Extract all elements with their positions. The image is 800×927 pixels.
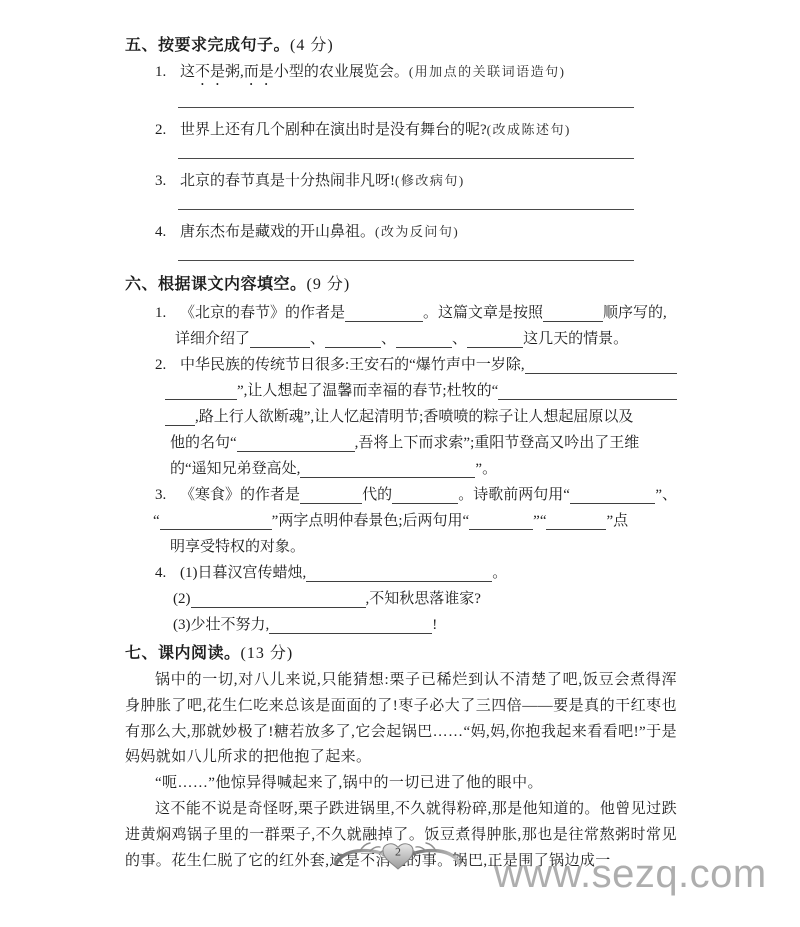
fill-in-line: 明享受特权的对象。 bbox=[125, 533, 677, 559]
question-text: 《寒食》的作者是 bbox=[180, 483, 300, 507]
question-line: 2.世界上还有几个剧种在演出时是没有舞台的呢?(改成陈述句) bbox=[125, 120, 677, 140]
fill-in-blank[interactable] bbox=[191, 589, 366, 608]
section-five: 五、按要求完成句子。(4 分) 1.这不是粥,而是小型的农业展览会。(用加点的关… bbox=[125, 34, 677, 261]
fill-in-blank[interactable] bbox=[250, 329, 310, 348]
question-text: 、 bbox=[310, 327, 325, 351]
passage-paragraph: 锅中的一切,对八儿来说,只能猜想:栗子已稀烂到认不清楚了吧,饭豆会煮得浑身肿胀了… bbox=[125, 668, 677, 771]
fill-in-blank[interactable] bbox=[165, 381, 237, 400]
question-text: 详细介绍了 bbox=[175, 327, 250, 351]
question-text: 的“遥知兄弟登高处, bbox=[170, 457, 300, 481]
question-text: 这几天的情景。 bbox=[523, 327, 628, 351]
item-number: 1. bbox=[155, 62, 180, 82]
question-text: 小型的农业展览会。 bbox=[274, 64, 409, 80]
item-number: 2. bbox=[155, 353, 180, 377]
section-six-items: 1.《北京的春节》的作者是。这篇文章是按照顺序写的,详细介绍了、、、这几天的情景… bbox=[125, 299, 677, 637]
question-text: ,不知秋思落谁家? bbox=[366, 587, 481, 611]
sentence-question: 4.唐东杰布是藏戏的开山鼻祖。(改为反问句) bbox=[125, 222, 677, 261]
section-five-items: 1.这不是粥,而是小型的农业展览会。(用加点的关联词语造句)2.世界上还有几个剧… bbox=[125, 62, 677, 261]
answer-writing-line[interactable] bbox=[178, 158, 634, 159]
watermark: www.sezq.com bbox=[494, 850, 784, 898]
page-number-ornament: 2 bbox=[330, 838, 466, 874]
fill-in-line: (2),不知秋思落谁家? bbox=[125, 585, 677, 611]
question-line: 4.唐东杰布是藏戏的开山鼻祖。(改为反问句) bbox=[125, 222, 677, 242]
fill-in-line: 详细介绍了、、、这几天的情景。 bbox=[125, 325, 677, 351]
fill-in-blank[interactable] bbox=[300, 485, 362, 504]
question-line: 1.这不是粥,而是小型的农业展览会。(用加点的关联词语造句) bbox=[125, 62, 677, 89]
fill-in-blank[interactable] bbox=[467, 329, 523, 348]
question-text: 粥, bbox=[225, 64, 244, 80]
fill-in-line: 的“遥知兄弟登高处,”。 bbox=[125, 455, 677, 481]
question-text: 北京的春节真是十分热闹非凡呀! bbox=[180, 173, 395, 189]
question-text: 他的名句“ bbox=[170, 431, 237, 455]
question-text: ,路上行人欲断魂”,让人忆起清明节;香喷喷的粽子让人想起屈原以及 bbox=[195, 405, 633, 429]
fill-in-line: (3)少壮不努力,! bbox=[125, 611, 677, 637]
question-text: ”、 bbox=[655, 483, 677, 507]
fill-in-blank[interactable] bbox=[306, 563, 492, 582]
question-text: ,吾将上下而求索”;重阳节登高又吟出了王维 bbox=[355, 431, 640, 455]
fill-in-line: 他的名句“,吾将上下而求索”;重阳节登高又吟出了王维 bbox=[125, 429, 677, 455]
sentence-question: 2.世界上还有几个剧种在演出时是没有舞台的呢?(改成陈述句) bbox=[125, 120, 677, 159]
answer-writing-line[interactable] bbox=[178, 209, 634, 210]
fill-in-line: ,路上行人欲断魂”,让人忆起清明节;香喷喷的粽子让人想起屈原以及 bbox=[125, 403, 677, 429]
question-text: 、 bbox=[381, 327, 396, 351]
question-text: (2) bbox=[173, 587, 191, 611]
page-number: 2 bbox=[395, 845, 401, 859]
question-text: ”。 bbox=[475, 457, 497, 481]
emphasized-text: 不是 bbox=[195, 64, 225, 80]
question-text: 、 bbox=[452, 327, 467, 351]
question-text: “ bbox=[153, 509, 160, 533]
fill-in-blank[interactable] bbox=[543, 303, 603, 322]
fill-in-blank[interactable] bbox=[392, 485, 458, 504]
question-text: 。 bbox=[492, 561, 507, 585]
question-text: 代的 bbox=[362, 483, 392, 507]
item-number: 4. bbox=[155, 561, 180, 585]
fill-in-blank[interactable] bbox=[469, 511, 533, 530]
answer-writing-line[interactable] bbox=[178, 260, 634, 261]
fill-in-blank[interactable] bbox=[160, 511, 272, 530]
question-text: (3)少壮不努力, bbox=[173, 613, 269, 637]
item-number: 3. bbox=[155, 171, 180, 191]
question-text: 这 bbox=[180, 64, 195, 80]
instruction-hint: (改为反问句) bbox=[375, 224, 459, 239]
fill-in-line: ”,让人想起了温馨而幸福的春节;杜牧的“ bbox=[125, 377, 677, 403]
question-text: ”两字点明仲春景色;后两句用“ bbox=[272, 509, 469, 533]
sentence-question: 1.这不是粥,而是小型的农业展览会。(用加点的关联词语造句) bbox=[125, 62, 677, 108]
instruction-hint: (修改病句) bbox=[395, 173, 465, 188]
item-number: 3. bbox=[155, 483, 180, 507]
fill-in-blank[interactable] bbox=[396, 329, 452, 348]
section-six-title-text: 六、根据课文内容填空。 bbox=[125, 276, 307, 293]
item-number: 1. bbox=[155, 301, 180, 325]
question-text: (1)日暮汉宫传蜡烛, bbox=[180, 561, 306, 585]
fill-in-line: 2.中华民族的传统节日很多:王安石的“爆竹声中一岁除, bbox=[125, 351, 677, 377]
sentence-question: 3.北京的春节真是十分热闹非凡呀!(修改病句) bbox=[125, 171, 677, 210]
section-seven-score: (13 分) bbox=[241, 645, 294, 662]
fill-in-blank[interactable] bbox=[165, 407, 195, 426]
question-text: ! bbox=[432, 613, 437, 637]
question-text: 中华民族的传统节日很多:王安石的“爆竹声中一岁除, bbox=[180, 353, 525, 377]
fill-in-line: 3.《寒食》的作者是代的。诗歌前两句用“”、 bbox=[125, 481, 677, 507]
section-five-title-text: 五、按要求完成句子。 bbox=[125, 37, 290, 54]
question-text: ”“ bbox=[533, 509, 546, 533]
fill-in-blank[interactable] bbox=[345, 303, 423, 322]
instruction-hint: (改成陈述句) bbox=[487, 122, 571, 137]
question-text: 唐东杰布是藏戏的开山鼻祖。 bbox=[180, 224, 375, 240]
fill-in-line: 4.(1)日暮汉宫传蜡烛,。 bbox=[125, 559, 677, 585]
fill-in-blank[interactable] bbox=[525, 355, 677, 374]
item-number: 4. bbox=[155, 222, 180, 242]
instruction-hint: (用加点的关联词语造句) bbox=[409, 64, 566, 79]
fill-in-line: “”两字点明仲春景色;后两句用“”“”点 bbox=[125, 507, 677, 533]
answer-writing-line[interactable] bbox=[178, 107, 634, 108]
question-text: 《北京的春节》的作者是 bbox=[180, 301, 345, 325]
fill-in-blank[interactable] bbox=[300, 459, 475, 478]
question-text: 世界上还有几个剧种在演出时是没有舞台的呢? bbox=[180, 122, 487, 138]
question-text: ”,让人想起了温馨而幸福的春节;杜牧的“ bbox=[237, 379, 498, 403]
question-text: 顺序写的, bbox=[603, 301, 667, 325]
exam-page: 五、按要求完成句子。(4 分) 1.这不是粥,而是小型的农业展览会。(用加点的关… bbox=[0, 0, 800, 927]
question-text: 明享受特权的对象。 bbox=[170, 535, 305, 559]
question-text: 。诗歌前两句用“ bbox=[458, 483, 570, 507]
item-number: 2. bbox=[155, 120, 180, 140]
fill-in-blank[interactable] bbox=[570, 485, 655, 504]
page-content: 五、按要求完成句子。(4 分) 1.这不是粥,而是小型的农业展览会。(用加点的关… bbox=[125, 34, 677, 874]
emphasized-text: 而是 bbox=[244, 64, 274, 80]
section-six-score: (9 分) bbox=[307, 276, 351, 293]
section-five-title: 五、按要求完成句子。(4 分) bbox=[125, 34, 677, 58]
question-text: 。这篇文章是按照 bbox=[423, 301, 543, 325]
fill-in-blank[interactable] bbox=[237, 433, 355, 452]
fill-in-line: 1.《北京的春节》的作者是。这篇文章是按照顺序写的, bbox=[125, 299, 677, 325]
fill-in-blank[interactable] bbox=[269, 615, 432, 634]
section-seven-title: 七、课内阅读。(13 分) bbox=[125, 642, 677, 666]
section-six-title: 六、根据课文内容填空。(9 分) bbox=[125, 273, 677, 297]
fill-in-blank[interactable] bbox=[546, 511, 606, 530]
fill-in-blank[interactable] bbox=[325, 329, 381, 348]
section-five-score: (4 分) bbox=[290, 37, 334, 54]
section-six: 六、根据课文内容填空。(9 分) 1.《北京的春节》的作者是。这篇文章是按照顺序… bbox=[125, 273, 677, 637]
question-line: 3.北京的春节真是十分热闹非凡呀!(修改病句) bbox=[125, 171, 677, 191]
section-seven-title-text: 七、课内阅读。 bbox=[125, 645, 241, 662]
question-text: ”点 bbox=[606, 509, 628, 533]
passage-paragraph: “呃……”他惊异得喊起来了,锅中的一切已进了他的眼中。 bbox=[125, 771, 677, 797]
fill-in-blank[interactable] bbox=[498, 381, 677, 400]
